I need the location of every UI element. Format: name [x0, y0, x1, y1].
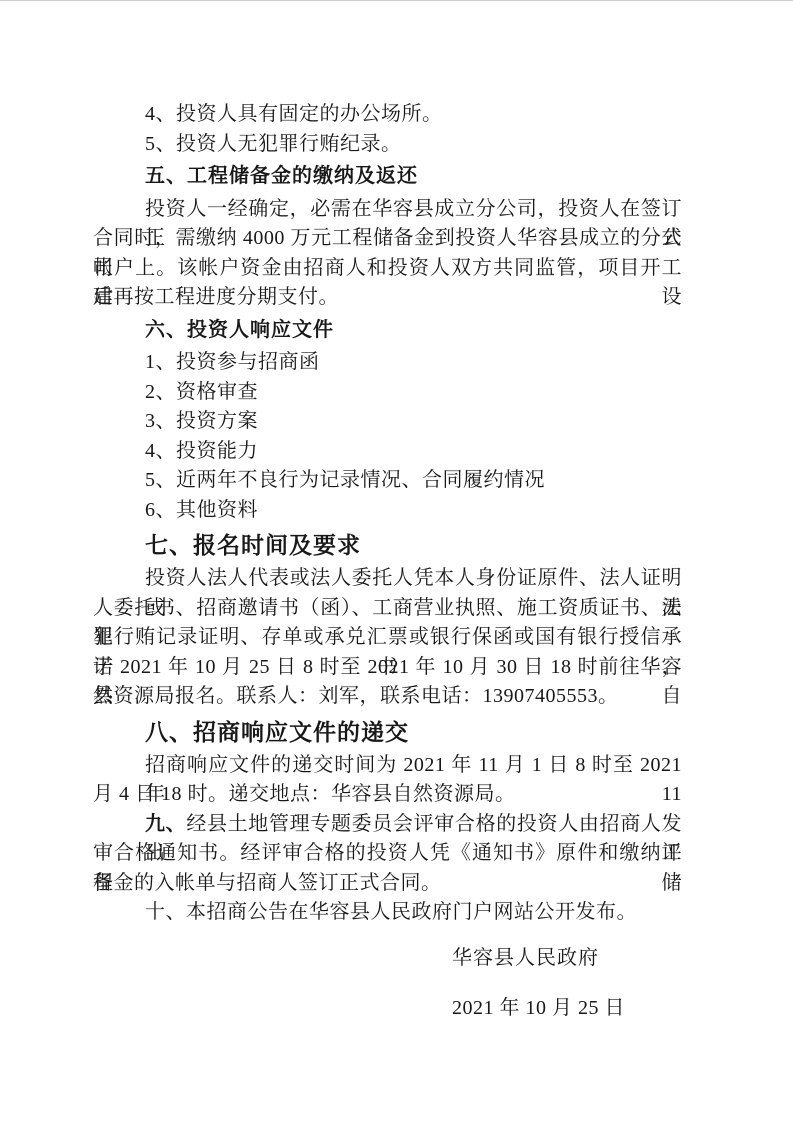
list-item: 4、投资人具有固定的办公场所。: [93, 100, 682, 130]
list-item: 6、其他资料: [93, 496, 682, 526]
list-item: 5、投资人无犯罪行贿纪录。: [93, 130, 682, 160]
document-page: 4、投资人具有固定的办公场所。 5、投资人无犯罪行贿纪录。 五、工程储备金的缴纳…: [0, 0, 793, 1122]
section-heading: 六、投资人响应文件: [93, 316, 682, 346]
signature-date: 2021 年 10 月 25 日: [452, 994, 682, 1024]
section-heading: 七、报名时间及要求: [93, 529, 682, 562]
paragraph-line: 招商响应文件的递交时间为 2021 年 11 月 1 日 8 时至 2021 年…: [93, 751, 682, 781]
paragraph-line: 投资人一经确定，必需在华容县成立分公司，投资人在签订正式: [93, 195, 682, 225]
list-item: 4、投资能力: [93, 437, 682, 467]
paragraph-line: 然资源局报名。联系人：刘军，联系电话：13907405553。: [93, 682, 682, 712]
list-item: 2、资格审查: [93, 378, 682, 408]
bold-ordinal: 九、: [145, 813, 186, 835]
signature-org: 华容县人民政府: [452, 944, 682, 974]
paragraph-line: 于 2021 年 10 月 25 日 8 时至 2021 年 10 月 30 日…: [93, 653, 682, 683]
page-top-edge: [0, 0, 793, 1]
list-item: 3、投资方案: [93, 407, 682, 437]
list-item: 1、投资参与招商函: [93, 348, 682, 378]
paragraph-line: 审合格通知书。经评审合格的投资人凭《通知书》原件和缴纳工程储: [93, 839, 682, 869]
paragraph-line: 九、经县土地管理专题委员会评审合格的投资人由招商人发出评: [93, 810, 682, 840]
paragraph-line: 罪行贿记录证明、存单或承兑汇票或银行保函或国有银行授信承诺书，: [93, 623, 682, 653]
section-heading: 八、招商响应文件的递交: [93, 716, 682, 749]
paragraph-line: 帐户上。该帐户资金由招商人和投资人双方共同监管，项目开工建设: [93, 254, 682, 284]
paragraph-line: 投资人法人代表或法人委托人凭本人身份证原件、法人证明或法: [93, 564, 682, 594]
list-item: 5、近两年不良行为记录情况、合同履约情况: [93, 466, 682, 496]
section-heading: 五、工程储备金的缴纳及返还: [93, 162, 682, 192]
paragraph-line: 十、本招商公告在华容县人民政府门户网站公开发布。: [93, 898, 682, 928]
paragraph-line: 合同时，需缴纳 4000 万元工程储备金到投资人华容县成立的分公司: [93, 224, 682, 254]
paragraph-line: 人委托书、招商邀请书（函）、工商营业执照、施工资质证书、无犯: [93, 594, 682, 624]
